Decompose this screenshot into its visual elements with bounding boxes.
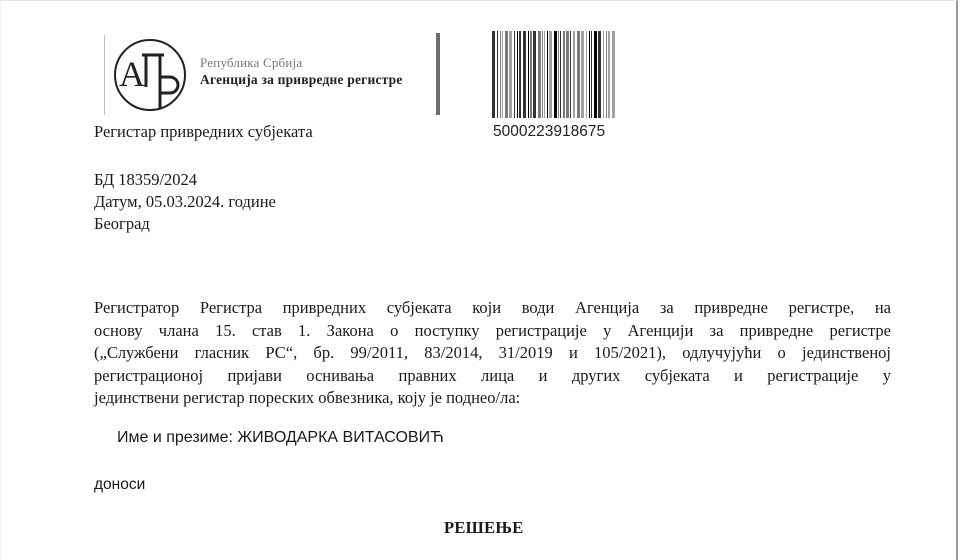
case-number: БД 18359/2024 [94, 169, 276, 191]
barcode [492, 31, 615, 118]
donosi-text: доноси [94, 476, 145, 494]
logo-divider [436, 33, 440, 115]
paragraph-line: основу члана 15. став 1. Закона о поступ… [94, 320, 891, 343]
apr-emblem-icon: А [112, 37, 188, 113]
applicant-name-row: Име и презиме: ЖИВОДАРКА ВИТАСОВИЋ [117, 429, 444, 447]
paragraph-line: Регистратор Регистра привредних субјекат… [94, 297, 891, 320]
svg-text:А: А [119, 54, 145, 94]
barcode-number: 5000223918675 [493, 123, 605, 141]
document-page: А Република Србија Агенција за привредне… [0, 0, 958, 560]
agency-logo: А Република Србија Агенција за привредне… [104, 31, 444, 119]
document-meta: БД 18359/2024 Датум, 05.03.2024. године … [94, 169, 276, 235]
document-city: Београд [94, 213, 276, 235]
decision-title: РЕШЕЊЕ [444, 518, 524, 538]
logo-agency-name: Агенција за привредне регистре [200, 71, 403, 88]
logo-country: Република Србија [200, 55, 403, 71]
registry-label: Регистар привредних субјеката [94, 122, 313, 142]
logo-text: Република Србија Агенција за привредне р… [200, 55, 403, 88]
logo-divider [104, 35, 105, 115]
paragraph-line: регистрационој пријави оснивања правних … [94, 365, 891, 388]
document-date: Датум, 05.03.2024. године [94, 191, 276, 213]
name-value: ЖИВОДАРКА ВИТАСОВИЋ [237, 429, 443, 446]
name-label: Име и презиме: [117, 429, 233, 446]
paragraph-line: јединствени регистар пореских обвезника,… [94, 387, 891, 410]
preamble-paragraph: Регистратор Регистра привредних субјекат… [94, 297, 891, 410]
paragraph-line: („Службени гласник РС“, бр. 99/2011, 83/… [94, 342, 891, 365]
